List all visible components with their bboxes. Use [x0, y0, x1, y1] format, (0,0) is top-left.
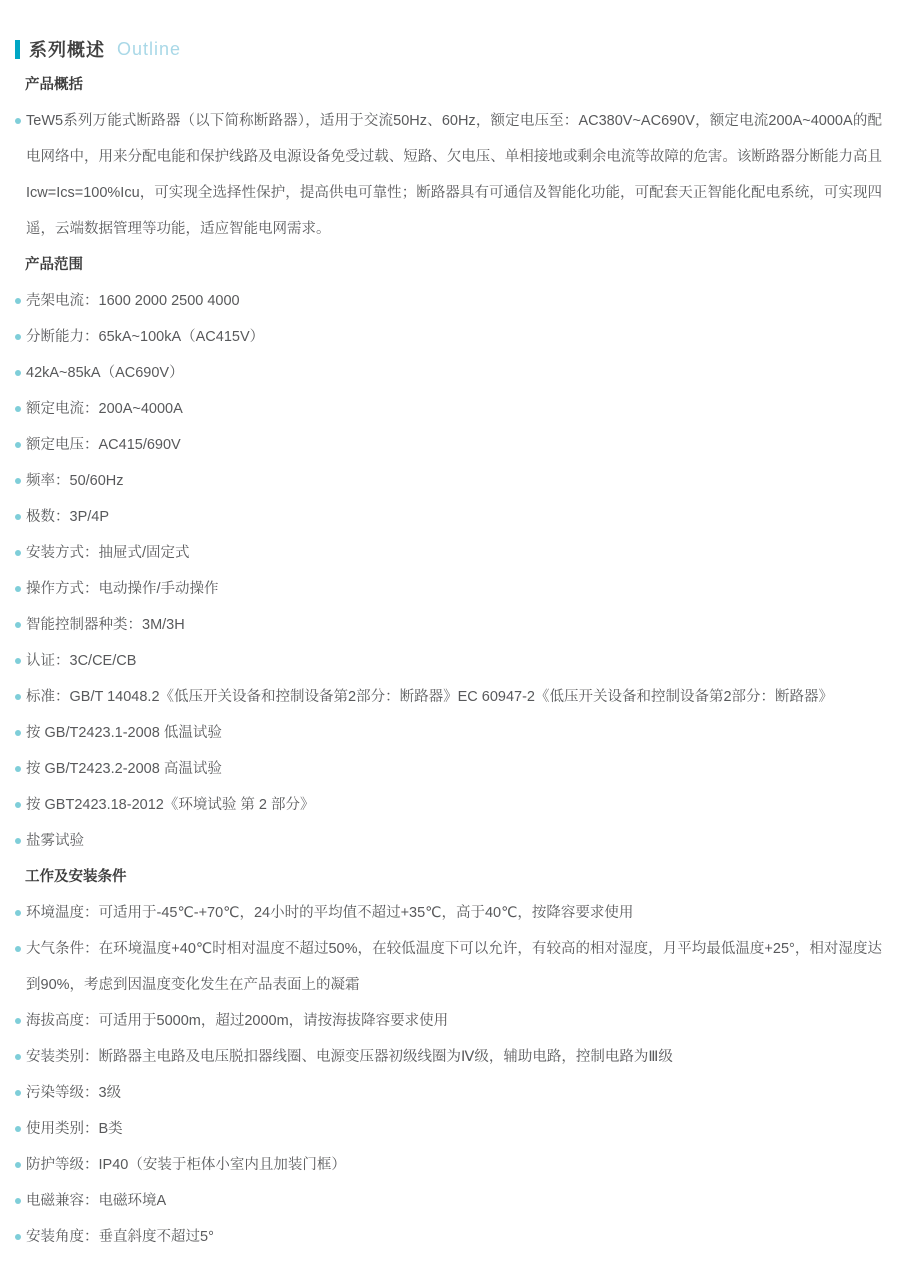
list-item: 按 GBT2423.18-2012《环境试验 第 2 部分》 — [15, 787, 882, 823]
list-item-text: 污染等级：3级 — [26, 1085, 121, 1101]
bullet-icon — [15, 802, 21, 808]
list-item: 防护等级：IP40（安装于柜体小室内且加装门框） — [15, 1147, 882, 1183]
list-item-text: 按 GB/T2423.2-2008 高温试验 — [26, 761, 222, 777]
list-item: 智能控制器种类：3M/3H — [15, 607, 882, 643]
bullet-icon — [15, 514, 21, 520]
list-item-text: 壳架电流：1600 2000 2500 4000 — [26, 293, 240, 309]
bullet-icon — [15, 370, 21, 376]
list-item-text: 电磁兼容：电磁环境A — [26, 1193, 166, 1209]
section-heading: 产品概括 — [15, 67, 882, 103]
bullet-icon — [15, 838, 21, 844]
list-item: 海拔高度：可适用于5000m，超过2000m，请按海拔降容要求使用 — [15, 1003, 882, 1039]
list-item-text: 使用类别：B类 — [26, 1121, 123, 1137]
section-product-overview: 产品概括 TeW5系列万能式断路器（以下简称断路器），适用于交流50Hz、60H… — [15, 67, 882, 247]
bullet-icon — [15, 1054, 21, 1060]
bullet-icon — [15, 622, 21, 628]
list-item-text: 分断能力：65kA~100kA（AC415V） — [26, 329, 264, 345]
bullet-icon — [15, 658, 21, 664]
list-item-text: 额定电流：200A~4000A — [26, 401, 183, 417]
list-item-text: 极数：3P/4P — [26, 509, 109, 525]
list-item: 频率：50/60Hz — [15, 463, 882, 499]
page-header: 系列概述 Outline — [15, 31, 882, 67]
list-item: 额定电流：200A~4000A — [15, 391, 882, 427]
bullet-list: TeW5系列万能式断路器（以下简称断路器），适用于交流50Hz、60Hz，额定电… — [15, 103, 882, 247]
list-item: 大气条件：在环境温度+40℃时相对温度不超过50%，在较低温度下可以允许，有较高… — [15, 931, 882, 1003]
list-item-text: 操作方式：电动操作/手动操作 — [26, 581, 219, 597]
list-item-text: TeW5系列万能式断路器（以下简称断路器），适用于交流50Hz、60Hz，额定电… — [26, 113, 882, 237]
list-item-text: 频率：50/60Hz — [26, 473, 124, 489]
list-item-text: 标准：GB/T 14048.2《低压开关设备和控制设备第2部分：断路器》EC 6… — [26, 689, 833, 705]
list-item: 42kA~85kA（AC690V） — [15, 355, 882, 391]
list-item-text: 额定电压：AC415/690V — [26, 437, 181, 453]
list-item-text: 安装角度：垂直斜度不超过5° — [26, 1229, 214, 1245]
list-item: TeW5系列万能式断路器（以下简称断路器），适用于交流50Hz、60Hz，额定电… — [15, 103, 882, 247]
list-item-text: 智能控制器种类：3M/3H — [26, 617, 185, 633]
bullet-icon — [15, 1198, 21, 1204]
list-item: 使用类别：B类 — [15, 1111, 882, 1147]
document-page: 系列概述 Outline 产品概括 TeW5系列万能式断路器（以下简称断路器），… — [0, 0, 900, 1275]
list-item: 污染等级：3级 — [15, 1075, 882, 1111]
list-item-text: 防护等级：IP40（安装于柜体小室内且加装门框） — [26, 1157, 346, 1173]
section-working-conditions: 工作及安装条件 环境温度：可适用于-45℃-+70℃，24小时的平均值不超过+3… — [15, 859, 882, 1255]
bullet-icon — [15, 118, 21, 124]
bullet-icon — [15, 586, 21, 592]
list-item-text: 按 GBT2423.18-2012《环境试验 第 2 部分》 — [26, 797, 314, 813]
bullet-icon — [15, 478, 21, 484]
list-item: 分断能力：65kA~100kA（AC415V） — [15, 319, 882, 355]
list-item: 按 GB/T2423.1-2008 低温试验 — [15, 715, 882, 751]
bullet-icon — [15, 946, 21, 952]
list-item: 壳架电流：1600 2000 2500 4000 — [15, 283, 882, 319]
bullet-icon — [15, 1162, 21, 1168]
list-item-text: 环境温度：可适用于-45℃-+70℃，24小时的平均值不超过+35℃，高于40℃… — [26, 905, 633, 921]
section-product-range: 产品范围 壳架电流：1600 2000 2500 4000分断能力：65kA~1… — [15, 247, 882, 859]
bullet-list: 壳架电流：1600 2000 2500 4000分断能力：65kA~100kA（… — [15, 283, 882, 859]
list-item: 安装类别：断路器主电路及电压脱扣器线圈、电源变压器初级线圈为Ⅳ级，辅助电路，控制… — [15, 1039, 882, 1075]
list-item: 安装角度：垂直斜度不超过5° — [15, 1219, 882, 1255]
bullet-icon — [15, 550, 21, 556]
list-item: 操作方式：电动操作/手动操作 — [15, 571, 882, 607]
list-item: 额定电压：AC415/690V — [15, 427, 882, 463]
list-item: 安装方式：抽屉式/固定式 — [15, 535, 882, 571]
list-item: 认证：3C/CE/CB — [15, 643, 882, 679]
list-item: 极数：3P/4P — [15, 499, 882, 535]
bullet-icon — [15, 766, 21, 772]
bullet-icon — [15, 442, 21, 448]
bullet-icon — [15, 694, 21, 700]
accent-bar-icon — [15, 40, 20, 59]
list-item-text: 安装类别：断路器主电路及电压脱扣器线圈、电源变压器初级线圈为Ⅳ级，辅助电路，控制… — [26, 1049, 673, 1065]
list-item: 环境温度：可适用于-45℃-+70℃，24小时的平均值不超过+35℃，高于40℃… — [15, 895, 882, 931]
page-subtitle: Outline — [117, 39, 181, 60]
list-item-text: 大气条件：在环境温度+40℃时相对温度不超过50%，在较低温度下可以允许，有较高… — [26, 941, 882, 993]
page-title: 系列概述 — [29, 36, 105, 62]
list-item-text: 42kA~85kA（AC690V） — [26, 365, 184, 381]
bullet-icon — [15, 406, 21, 412]
list-item-text: 海拔高度：可适用于5000m，超过2000m，请按海拔降容要求使用 — [26, 1013, 448, 1029]
bullet-icon — [15, 1234, 21, 1240]
bullet-icon — [15, 334, 21, 340]
section-heading: 产品范围 — [15, 247, 882, 283]
list-item: 标准：GB/T 14048.2《低压开关设备和控制设备第2部分：断路器》EC 6… — [15, 679, 882, 715]
list-item-text: 盐雾试验 — [26, 833, 84, 849]
list-item-text: 按 GB/T2423.1-2008 低温试验 — [26, 725, 222, 741]
section-heading: 工作及安装条件 — [15, 859, 882, 895]
bullet-icon — [15, 1018, 21, 1024]
list-item: 电磁兼容：电磁环境A — [15, 1183, 882, 1219]
list-item: 按 GB/T2423.2-2008 高温试验 — [15, 751, 882, 787]
bullet-icon — [15, 730, 21, 736]
list-item-text: 安装方式：抽屉式/固定式 — [26, 545, 190, 561]
bullet-icon — [15, 1126, 21, 1132]
list-item-text: 认证：3C/CE/CB — [26, 653, 136, 669]
bullet-list: 环境温度：可适用于-45℃-+70℃，24小时的平均值不超过+35℃，高于40℃… — [15, 895, 882, 1255]
bullet-icon — [15, 910, 21, 916]
bullet-icon — [15, 1090, 21, 1096]
list-item: 盐雾试验 — [15, 823, 882, 859]
bullet-icon — [15, 298, 21, 304]
